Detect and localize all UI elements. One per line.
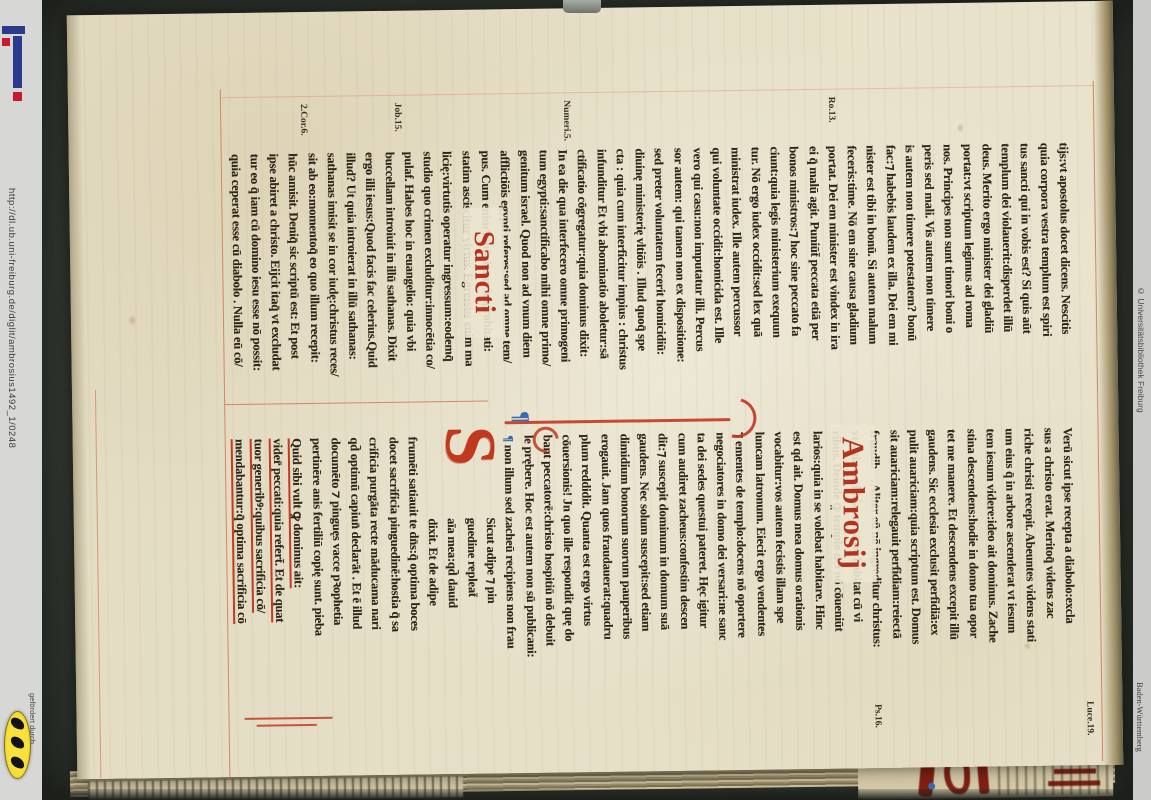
text-line: ipse abiret a christo. Eijcit itaq̄ vt e…: [264, 153, 287, 426]
page-holder-clip: [563, 0, 601, 13]
margin-citation: 2.Cor.6.: [298, 104, 308, 136]
text-line: stina descendens:hodie in domo tua opor: [961, 429, 984, 702]
book-page-photo: Ro.13.Numeri.5.Job.15.2.Cor.6. Luce.19.P…: [67, 1, 1124, 780]
text-line: deus. Merito ergo minister dei gladiū: [976, 143, 999, 416]
text-line: pertinēre anis fertiliū copię sunt. pieb…: [306, 438, 329, 711]
text-line: is autem non timere potestatem? bonū: [899, 144, 922, 417]
text-line: sit auariciam:relegauit perfidiam:reiect…: [884, 430, 907, 703]
text-line: ta dei sedes questui pateret. Hęc igitur: [691, 432, 714, 705]
text-line: infunditur Et vbi abominatio aboletur:sā: [591, 149, 614, 422]
text-line: diuinę ministerię vltiōis . Illud quoq̄ …: [630, 148, 653, 421]
baden-wuerttemberg-lions-logo: [4, 711, 31, 779]
text-line: negociatores in domo dei versari:ne sanc: [711, 432, 734, 705]
bottom-shadow: [42, 789, 1133, 800]
text-line: studio quo crimen excluditur:innocētia c…: [418, 151, 441, 424]
text-line: bant peccatorē:christo hospitiū nō debui…: [537, 435, 560, 708]
ub-freiburg-logo: [2, 24, 32, 110]
text-line: gaudens. Sic ecclesia exclusit perfidiā:…: [922, 429, 945, 702]
text-line: peris sed mali. Vis autem non timere: [918, 144, 941, 417]
text-line: pulaf. Habes hoc in euangelio: quia vbi: [398, 151, 421, 424]
margin-citation: Job.15.: [392, 103, 402, 132]
text-line: ciunt:quia legis ministerium exequun: [764, 146, 787, 419]
running-head-sancti: Sancti: [463, 207, 505, 338]
text-line: cōuersionis! Jn quo ille respondit quę d…: [556, 434, 579, 707]
text-line: documēto ⁊ pinguęs vacce pꝛophetia: [325, 438, 348, 711]
paper-spot: [956, 123, 964, 133]
paper-spot: [128, 314, 137, 326]
lion-icon: [11, 717, 24, 730]
text-line: sor autem: qui tamen non ex dispositione…: [668, 148, 691, 421]
text-line: genitum israel. Quod non ad vnum diem: [514, 150, 537, 423]
text-line: quia ceperat esse cū diabolo . Nulla eū …: [225, 154, 248, 427]
text-line: tuor generibꝰ:quibus sacrificia cō/: [248, 439, 271, 712]
lion-icon: [11, 736, 24, 749]
text-line: ei q̄ malū agit. Puniūt̄ peccata etiā pe…: [803, 146, 826, 419]
text-line: cum audiret zacheus:confestim descen: [672, 433, 695, 706]
text-line: In ea die qua interfecero omne primogeni: [552, 149, 575, 422]
text-line: um eius q̄ in arbore ascenderat vt iesum: [1000, 428, 1023, 701]
margin-citation: Ps.16.: [872, 704, 882, 728]
text-line: sus a christo erat. Meritoq̄ videns zac: [1038, 428, 1061, 701]
lion-icon: [11, 756, 24, 769]
text-line: illud? Ut quia introierat in illū sathan…: [341, 152, 364, 425]
text-line: larios:quia in se volebat habitare. Hinc: [807, 431, 830, 704]
text-line: cta : quia cum interficitur impius : chr…: [610, 148, 633, 421]
text-line: Verū sicut ipse recepta a diabolo:excla: [1057, 427, 1080, 700]
text-line: tem iesum videre:ideo ait dominus. Zache: [980, 428, 1003, 701]
text-line: pulit auariciam:quia scriptum est. Domus: [903, 429, 926, 702]
text-column-2: Verū sicut ipse recepta a diabolo:exclas…: [229, 427, 1081, 712]
text-column-1: tijs:vt apostolus docet dicens. Nescitis…: [225, 142, 1077, 427]
text-line: portat:vt scriptum legimus ad roma: [957, 144, 980, 417]
text-line: quia corpora vestra templum est spiri: [1034, 143, 1057, 416]
text-line: feceris:time. Nō em sine causa gladium: [841, 145, 864, 418]
text-line: docet sacrificia pinguedinē:hostia q̄ sa: [383, 437, 406, 710]
text-line: tum egypti:sanctificabo mihi omne primo/: [533, 150, 556, 423]
text-line: erogauit. Jam quos fraudauerat:quadru: [595, 434, 618, 707]
blue-pilcrow: ¶: [508, 411, 534, 423]
page-surface: Ro.13.Numeri.5.Job.15.2.Cor.6. Luce.19.P…: [67, 1, 1124, 780]
text-line: vider̄ peccati:quia refert̄. Et de quat: [267, 438, 290, 711]
text-line: frumēti satiauit te dn̄s:q̄ optima boces: [402, 436, 425, 709]
text-line: qui voluntate occidit:homicida est. Ille: [707, 147, 730, 420]
text-line: vero qui casu:non imputatur illi. Percus: [687, 147, 710, 420]
document-url-label: http://dl.ub.uni-freiburg.de/diglit/ambr…: [6, 188, 17, 578]
digitized-book-scan: { "frame": { "url_text": "http://dl.ub.u…: [0, 0, 1151, 800]
frame-strip-left: http://dl.ub.uni-freiburg.de/diglit/ambr…: [0, 0, 42, 800]
margin-citation: Luce.19.: [1084, 701, 1094, 735]
funding-region-label: Baden-Württemberg: [1135, 682, 1145, 797]
text-line: portat. Dei em minister est vindex in ir…: [822, 146, 845, 419]
text-line: vocabitur:vos autem fecistis illam spe: [768, 431, 791, 704]
text-line: dimidium bonorum suorum pauperibus: [614, 433, 637, 706]
running-head-ambrosij: Ambrosij: [831, 424, 877, 583]
text-line: luncam latronum. Eiecit ergo vendentes: [749, 432, 772, 705]
text-line: tijs:vt apostolus docet dicens. Nescitis: [1053, 142, 1076, 415]
text-line: templum dei violauerit:disperdet illū: [996, 143, 1019, 416]
text-line: sathanas imisit se in cor iudę:christus …: [321, 153, 344, 426]
margin-citation: Ro.13.: [826, 97, 836, 123]
text-line: tur. Nō ergo iudex occidit:sed lex quā: [745, 147, 768, 420]
text-line: fac:⁊ habebis laudem ex illa. Dei em mi: [880, 145, 903, 418]
text-line: qd̄ optimū capiun̄ declarāt . Et ē illud: [345, 437, 368, 710]
text-line: mendabantur:q̄ optima sacrificia cō: [229, 439, 252, 712]
copyright-label: © Universitätsbibliothek Freiburg: [1136, 286, 1146, 556]
red-initial-letter: S: [424, 405, 511, 486]
text-line: buccellam introiuit in illū sathanas. Di…: [379, 152, 402, 425]
text-line: gaudens. Nec solum suscepit:sed etiam: [634, 433, 657, 706]
text-line: sit ab eo:momentoq̄ eo quo illum recepit…: [302, 153, 325, 426]
margin-citation: Numeri.5.: [561, 100, 572, 141]
text-line: le prębere. Hoc est autem non sū publica…: [518, 435, 541, 708]
text-line: tur eo q̄ iam cū domino iesu esse nō pos…: [244, 154, 267, 427]
